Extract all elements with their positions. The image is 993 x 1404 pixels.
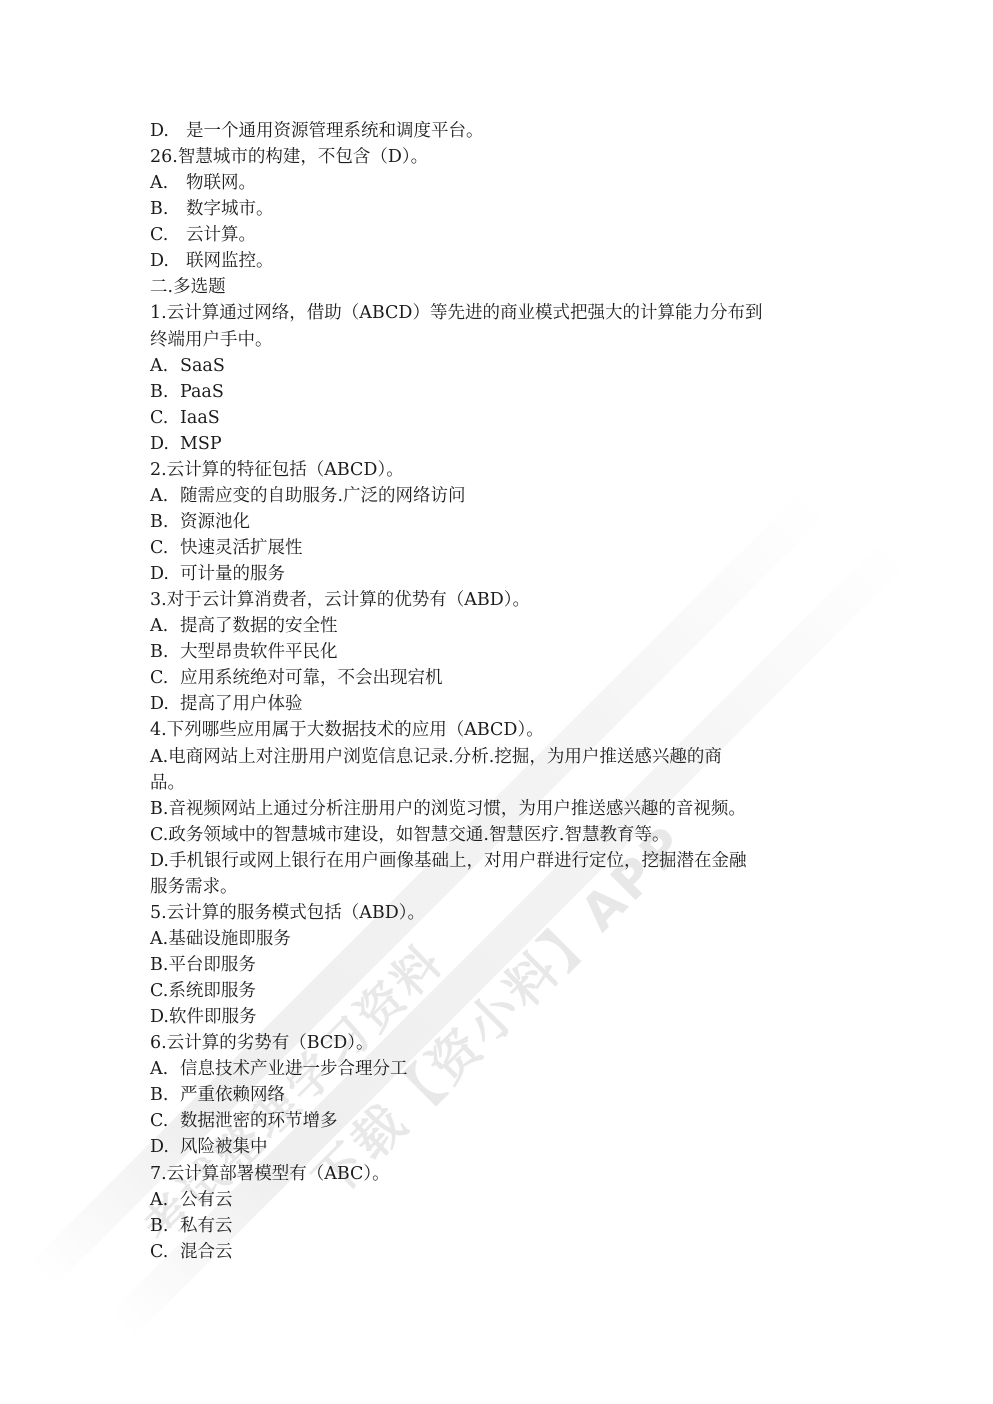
option-text: MSP	[180, 434, 222, 454]
option-text: 联网监控。	[186, 251, 274, 271]
question-stem: 6.云计算的劣势有（BCD）。	[150, 1030, 850, 1056]
option-text: 音视频网站上通过分析注册用户的浏览习惯，为用户推送感兴趣的音视频。	[168, 799, 746, 819]
option-label: B.	[150, 1082, 180, 1108]
option-line: D.手机银行或网上银行在用户画像基础上，对用户群进行定位，挖掘潜在金融	[150, 848, 850, 874]
option-label: B.	[150, 379, 180, 405]
option-text: 是一个通用资源管理系统和调度平台。	[186, 121, 484, 141]
option-line: D.联网监控。	[150, 248, 850, 274]
option-label: D.	[150, 691, 180, 717]
option-label: D.	[150, 118, 186, 144]
section-heading: 二.多选题	[150, 274, 850, 300]
option-line: B.平台即服务	[150, 952, 850, 978]
option-line: A.信息技术产业进一步合理分工	[150, 1056, 850, 1082]
option-line: D.提高了用户体验	[150, 691, 850, 717]
option-label: D.	[150, 248, 186, 274]
option-label: C.	[150, 1108, 180, 1134]
option-line: B.私有云	[150, 1213, 850, 1239]
option-line: C.系统即服务	[150, 978, 850, 1004]
option-text: 资源池化	[180, 512, 250, 532]
option-line: A.基础设施即服务	[150, 926, 850, 952]
option-text: 严重依赖网络	[180, 1085, 285, 1105]
option-text: 电商网站上对注册用户浏览信息记录.分析.挖掘，为用户推送感兴趣的商	[168, 747, 722, 767]
question-stem: 5.云计算的服务模式包括（ABD）。	[150, 900, 850, 926]
option-line: D.是一个通用资源管理系统和调度平台。	[150, 118, 850, 144]
option-text: 信息技术产业进一步合理分工	[180, 1059, 408, 1079]
option-label: D.	[150, 561, 180, 587]
option-label: B.	[150, 509, 180, 535]
option-label: A.	[150, 170, 186, 196]
option-text: 数据泄密的环节增多	[180, 1111, 338, 1131]
option-label: D.	[150, 431, 180, 457]
option-label: C.	[150, 535, 180, 561]
option-label: A.	[150, 1187, 180, 1213]
option-text: 政务领域中的智慧城市建设，如智慧交通.智慧医疗.智慧教育等。	[168, 825, 669, 845]
option-line: A.物联网。	[150, 170, 850, 196]
continuation-line: 服务需求。	[150, 874, 850, 900]
option-text: 随需应变的自助服务.广泛的网络访问	[180, 486, 466, 506]
option-line: B.PaaS	[150, 379, 850, 405]
question-stem: 4.下列哪些应用属于大数据技术的应用（ABCD）。	[150, 717, 850, 743]
option-label: B.	[150, 952, 168, 978]
option-label: A.	[150, 1056, 180, 1082]
option-label: D.	[150, 848, 169, 874]
option-label: D.	[150, 1004, 169, 1030]
option-line: C.数据泄密的环节增多	[150, 1108, 850, 1134]
option-text: 混合云	[180, 1242, 233, 1262]
option-label: B.	[150, 1213, 180, 1239]
option-label: C.	[150, 1239, 180, 1265]
option-label: A.	[150, 353, 180, 379]
option-label: D.	[150, 1134, 180, 1160]
option-label: A.	[150, 926, 168, 952]
option-label: C.	[150, 222, 186, 248]
continuation-line: 终端用户手中。	[150, 327, 850, 353]
option-line: C.IaaS	[150, 405, 850, 431]
document-body: D.是一个通用资源管理系统和调度平台。26.智慧城市的构建，不包含（D）。A.物…	[150, 118, 850, 1265]
option-label: C.	[150, 405, 180, 431]
option-line: D.软件即服务	[150, 1004, 850, 1030]
option-line: B.资源池化	[150, 509, 850, 535]
option-line: C.快速灵活扩展性	[150, 535, 850, 561]
option-text: IaaS	[180, 408, 220, 428]
option-label: C.	[150, 665, 180, 691]
question-stem: 3.对于云计算消费者，云计算的优势有（ABD）。	[150, 587, 850, 613]
option-line: A.提高了数据的安全性	[150, 613, 850, 639]
option-line: C.云计算。	[150, 222, 850, 248]
option-label: A.	[150, 613, 180, 639]
option-text: SaaS	[180, 356, 225, 376]
option-line: D.风险被集中	[150, 1134, 850, 1160]
option-line: D.MSP	[150, 431, 850, 457]
option-text: 软件即服务	[169, 1007, 257, 1027]
option-text: 云计算。	[186, 225, 256, 245]
question-stem: 26.智慧城市的构建，不包含（D）。	[150, 144, 850, 170]
option-text: 数字城市。	[186, 199, 274, 219]
document-page: 考试整理学习资料 下载【资小料】APP D.是一个通用资源管理系统和调度平台。2…	[0, 0, 993, 1404]
option-label: B.	[150, 796, 168, 822]
option-line: D.可计量的服务	[150, 561, 850, 587]
option-line: A.电商网站上对注册用户浏览信息记录.分析.挖掘，为用户推送感兴趣的商	[150, 744, 850, 770]
option-line: B.音视频网站上通过分析注册用户的浏览习惯，为用户推送感兴趣的音视频。	[150, 796, 850, 822]
option-text: 手机银行或网上银行在用户画像基础上，对用户群进行定位，挖掘潜在金融	[169, 851, 747, 871]
option-text: 物联网。	[186, 173, 256, 193]
option-label: B.	[150, 639, 180, 665]
option-text: 系统即服务	[168, 981, 256, 1001]
option-label: B.	[150, 196, 186, 222]
option-line: A.公有云	[150, 1187, 850, 1213]
option-text: 私有云	[180, 1216, 233, 1236]
option-text: 快速灵活扩展性	[180, 538, 303, 558]
option-text: PaaS	[180, 382, 224, 402]
question-stem: 1.云计算通过网络，借助（ABCD）等先进的商业模式把强大的计算能力分布到	[150, 300, 850, 326]
option-label: A.	[150, 483, 180, 509]
option-text: 平台即服务	[168, 955, 256, 975]
option-text: 基础设施即服务	[168, 929, 291, 949]
option-label: C.	[150, 822, 168, 848]
option-text: 提高了用户体验	[180, 694, 303, 714]
option-text: 应用系统绝对可靠，不会出现宕机	[180, 668, 443, 688]
option-label: C.	[150, 978, 168, 1004]
option-text: 风险被集中	[180, 1137, 268, 1157]
option-line: B.大型昂贵软件平民化	[150, 639, 850, 665]
option-line: C.混合云	[150, 1239, 850, 1265]
option-text: 可计量的服务	[180, 564, 285, 584]
question-stem: 2.云计算的特征包括（ABCD）。	[150, 457, 850, 483]
question-stem: 7.云计算部署模型有（ABC）。	[150, 1161, 850, 1187]
option-line: A.SaaS	[150, 353, 850, 379]
option-label: A.	[150, 744, 168, 770]
option-line: C.政务领域中的智慧城市建设，如智慧交通.智慧医疗.智慧教育等。	[150, 822, 850, 848]
option-text: 大型昂贵软件平民化	[180, 642, 338, 662]
option-line: B.严重依赖网络	[150, 1082, 850, 1108]
continuation-line: 品。	[150, 770, 850, 796]
option-text: 提高了数据的安全性	[180, 616, 338, 636]
option-line: B.数字城市。	[150, 196, 850, 222]
option-line: A.随需应变的自助服务.广泛的网络访问	[150, 483, 850, 509]
option-line: C.应用系统绝对可靠，不会出现宕机	[150, 665, 850, 691]
option-text: 公有云	[180, 1190, 233, 1210]
